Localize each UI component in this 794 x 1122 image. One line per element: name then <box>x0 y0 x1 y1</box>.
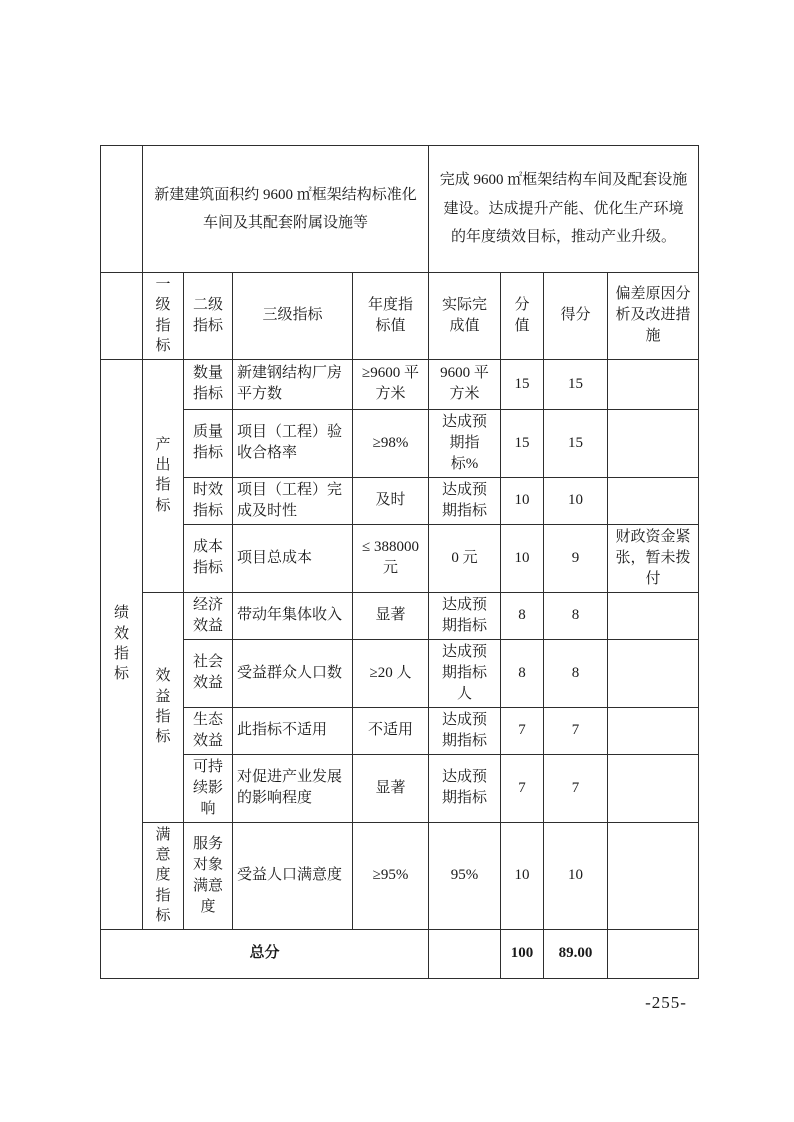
cell-earned: 10 <box>544 477 608 524</box>
indicator-row: 生态效益 此指标不适用 不适用 达成预期指标 7 7 <box>101 707 699 754</box>
cell-annual: ≥9600 平方米 <box>353 359 429 409</box>
cell-annual: ≥95% <box>353 822 429 929</box>
header-actual: 实际完成值 <box>429 273 501 360</box>
cell-annual: 不适用 <box>353 707 429 754</box>
cell-score: 7 <box>501 707 544 754</box>
cell-earned: 7 <box>544 707 608 754</box>
cell-actual: 9600 平方米 <box>429 359 501 409</box>
header-annual: 年度指标值 <box>353 273 429 360</box>
indicator-row: 时效指标 项目（工程）完成及时性 及时 达成预期指标 10 10 <box>101 477 699 524</box>
total-score-cell: 100 <box>501 929 544 978</box>
indicator-row: 成本指标 项目总成本 ≤ 388000 元 0 元 10 9 财政资金紧张，暂未… <box>101 524 699 592</box>
cell-level3: 受益人口满意度 <box>233 822 353 929</box>
indicator-row: 质量指标 项目（工程）验收合格率 ≥98% 达成预期指标% 15 15 <box>101 409 699 477</box>
header-spacer-cell <box>101 273 143 360</box>
cell-annual: 显著 <box>353 592 429 639</box>
cell-score: 10 <box>501 822 544 929</box>
group-label: 绩效指标 <box>114 603 129 684</box>
cell-level3: 带动年集体收入 <box>233 592 353 639</box>
cell-level2: 成本指标 <box>184 524 233 592</box>
cell-deviation <box>608 639 699 707</box>
cell-actual: 达成预期指标 <box>429 477 501 524</box>
cell-score: 10 <box>501 477 544 524</box>
cell-deviation <box>608 707 699 754</box>
cell-level2: 社会效益 <box>184 639 233 707</box>
cell-level3: 此指标不适用 <box>233 707 353 754</box>
section-label-cell-satisfaction: 满意度指标 <box>143 822 184 929</box>
cell-level2: 可持续影响 <box>184 754 233 822</box>
indicator-row: 可持续影响 对促进产业发展的影响程度 显著 达成预期指标 7 7 <box>101 754 699 822</box>
cell-actual: 95% <box>429 822 501 929</box>
summary-row: 新建建筑面积约 9600 ㎡框架结构标准化车间及其配套附属设施等 完成 9600… <box>101 146 699 273</box>
cell-score: 15 <box>501 409 544 477</box>
cell-actual: 0 元 <box>429 524 501 592</box>
cell-annual: 显著 <box>353 754 429 822</box>
cell-deviation <box>608 592 699 639</box>
cell-earned: 7 <box>544 754 608 822</box>
indicator-row: 社会效益 受益群众人口数 ≥20 人 达成预期指标人 8 8 <box>101 639 699 707</box>
cell-level3: 项目总成本 <box>233 524 353 592</box>
page-number: -255- <box>636 993 696 1013</box>
summary-result-cell: 完成 9600 ㎡框架结构车间及配套设施建设。达成提升产能、优化生产环境的年度绩… <box>429 146 699 273</box>
header-score-label: 分值 <box>515 295 530 336</box>
cell-deviation <box>608 359 699 409</box>
cell-earned: 15 <box>544 409 608 477</box>
summary-left-spacer-cell <box>101 146 143 273</box>
cell-level2: 生态效益 <box>184 707 233 754</box>
cell-earned: 15 <box>544 359 608 409</box>
cell-level2: 质量指标 <box>184 409 233 477</box>
cell-annual: ≤ 388000 元 <box>353 524 429 592</box>
cell-deviation <box>608 477 699 524</box>
cell-deviation <box>608 409 699 477</box>
header-level1: 一级指标 <box>143 273 184 360</box>
cell-deviation <box>608 754 699 822</box>
cell-annual: ≥20 人 <box>353 639 429 707</box>
header-level3: 三级指标 <box>233 273 353 360</box>
header-row: 一级指标 二级指标 三级指标 年度指标值 实际完成值 分值 得分 偏差原因分析及… <box>101 273 699 360</box>
header-score: 分值 <box>501 273 544 360</box>
cell-earned: 8 <box>544 592 608 639</box>
cell-annual: 及时 <box>353 477 429 524</box>
section-label: 效益指标 <box>156 666 171 747</box>
cell-actual: 达成预期指标 <box>429 754 501 822</box>
header-deviation: 偏差原因分析及改进措施 <box>608 273 699 360</box>
section-label-cell-benefit: 效益指标 <box>143 592 184 822</box>
cell-deviation: 财政资金紧张，暂未拨付 <box>608 524 699 592</box>
cell-annual: ≥98% <box>353 409 429 477</box>
cell-actual: 达成预期指标 <box>429 707 501 754</box>
header-earned: 得分 <box>544 273 608 360</box>
performance-indicator-table: 新建建筑面积约 9600 ㎡框架结构标准化车间及其配套附属设施等 完成 9600… <box>100 145 699 979</box>
cell-level3: 新建钢结构厂房平方数 <box>233 359 353 409</box>
cell-deviation <box>608 822 699 929</box>
indicator-row: 绩效指标 产出指标 数量指标 新建钢结构厂房平方数 ≥9600 平方米 9600… <box>101 359 699 409</box>
cell-earned: 9 <box>544 524 608 592</box>
cell-level3: 项目（工程）验收合格率 <box>233 409 353 477</box>
cell-level3: 受益群众人口数 <box>233 639 353 707</box>
cell-level2: 经济效益 <box>184 592 233 639</box>
cell-actual: 达成预期指标 <box>429 592 501 639</box>
total-label-cell: 总分 <box>101 929 429 978</box>
cell-level2: 时效指标 <box>184 477 233 524</box>
cell-actual: 达成预期指标% <box>429 409 501 477</box>
section-label: 满意度指标 <box>156 825 171 926</box>
total-deviation-cell <box>608 929 699 978</box>
group-label-cell: 绩效指标 <box>101 359 143 929</box>
section-label-cell-output: 产出指标 <box>143 359 184 592</box>
cell-score: 8 <box>501 592 544 639</box>
indicator-row: 效益指标 经济效益 带动年集体收入 显著 达成预期指标 8 8 <box>101 592 699 639</box>
cell-level3: 对促进产业发展的影响程度 <box>233 754 353 822</box>
cell-score: 8 <box>501 639 544 707</box>
cell-earned: 10 <box>544 822 608 929</box>
header-level2: 二级指标 <box>184 273 233 360</box>
cell-level3: 项目（工程）完成及时性 <box>233 477 353 524</box>
cell-level2: 数量指标 <box>184 359 233 409</box>
cell-score: 10 <box>501 524 544 592</box>
total-row: 总分 100 89.00 <box>101 929 699 978</box>
indicator-row: 满意度指标 服务对象满意度 受益人口满意度 ≥95% 95% 10 10 <box>101 822 699 929</box>
section-label: 产出指标 <box>156 435 171 516</box>
cell-score: 7 <box>501 754 544 822</box>
header-level1-label: 一级指标 <box>156 275 171 356</box>
total-actual-cell <box>429 929 501 978</box>
cell-actual: 达成预期指标人 <box>429 639 501 707</box>
cell-score: 15 <box>501 359 544 409</box>
summary-target-cell: 新建建筑面积约 9600 ㎡框架结构标准化车间及其配套附属设施等 <box>143 146 429 273</box>
cell-level2: 服务对象满意度 <box>184 822 233 929</box>
total-earned-cell: 89.00 <box>544 929 608 978</box>
cell-earned: 8 <box>544 639 608 707</box>
